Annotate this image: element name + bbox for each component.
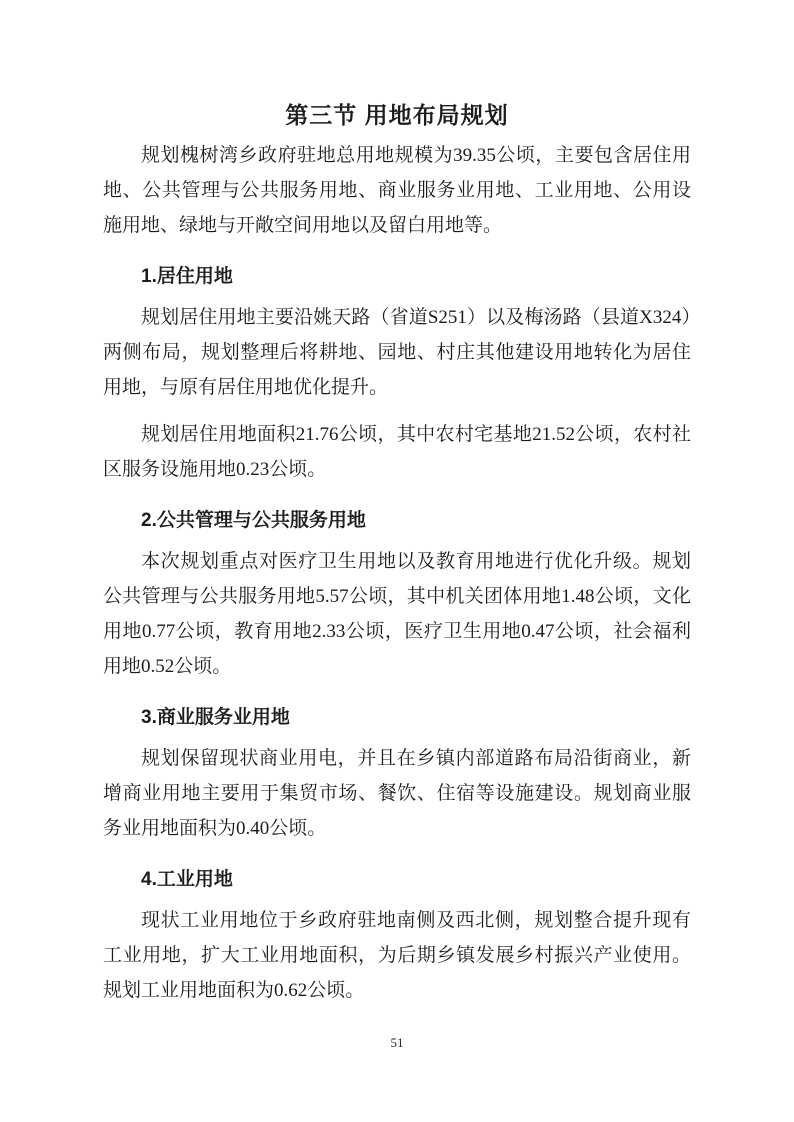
subsection-heading-commercial: 3.商业服务业用地: [103, 700, 691, 735]
page-number: 51: [391, 1035, 404, 1050]
subsection-heading-residential: 1.居住用地: [103, 259, 691, 294]
page-footer: 51: [0, 1034, 794, 1052]
paragraph: 规划居住用地面积21.76公顷，其中农村宅基地21.52公顷，农村社区服务设施用…: [103, 417, 691, 487]
paragraph: 规划保留现状商业用电，并且在乡镇内部道路布局沿街商业，新增商业用地主要用于集贸市…: [103, 741, 691, 846]
subsection-heading-public-services: 2.公共管理与公共服务用地: [103, 503, 691, 538]
intro-paragraph: 规划槐树湾乡政府驻地总用地规模为39.35公顷，主要包含居住用地、公共管理与公共…: [103, 138, 691, 243]
paragraph: 现状工业用地位于乡政府驻地南侧及西北侧，规划整合提升现有工业用地，扩大工业用地面…: [103, 903, 691, 1008]
subsection-heading-industrial: 4.工业用地: [103, 862, 691, 897]
paragraph: 本次规划重点对医疗卫生用地以及教育用地进行优化升级。规划公共管理与公共服务用地5…: [103, 544, 691, 684]
paragraph: 规划居住用地主要沿姚天路（省道S251）以及梅汤路（县道X324）两侧布局，规划…: [103, 300, 691, 405]
document-page: 第三节 用地布局规划 规划槐树湾乡政府驻地总用地规模为39.35公顷，主要包含居…: [0, 0, 794, 1122]
section-title: 第三节 用地布局规划: [103, 96, 691, 134]
